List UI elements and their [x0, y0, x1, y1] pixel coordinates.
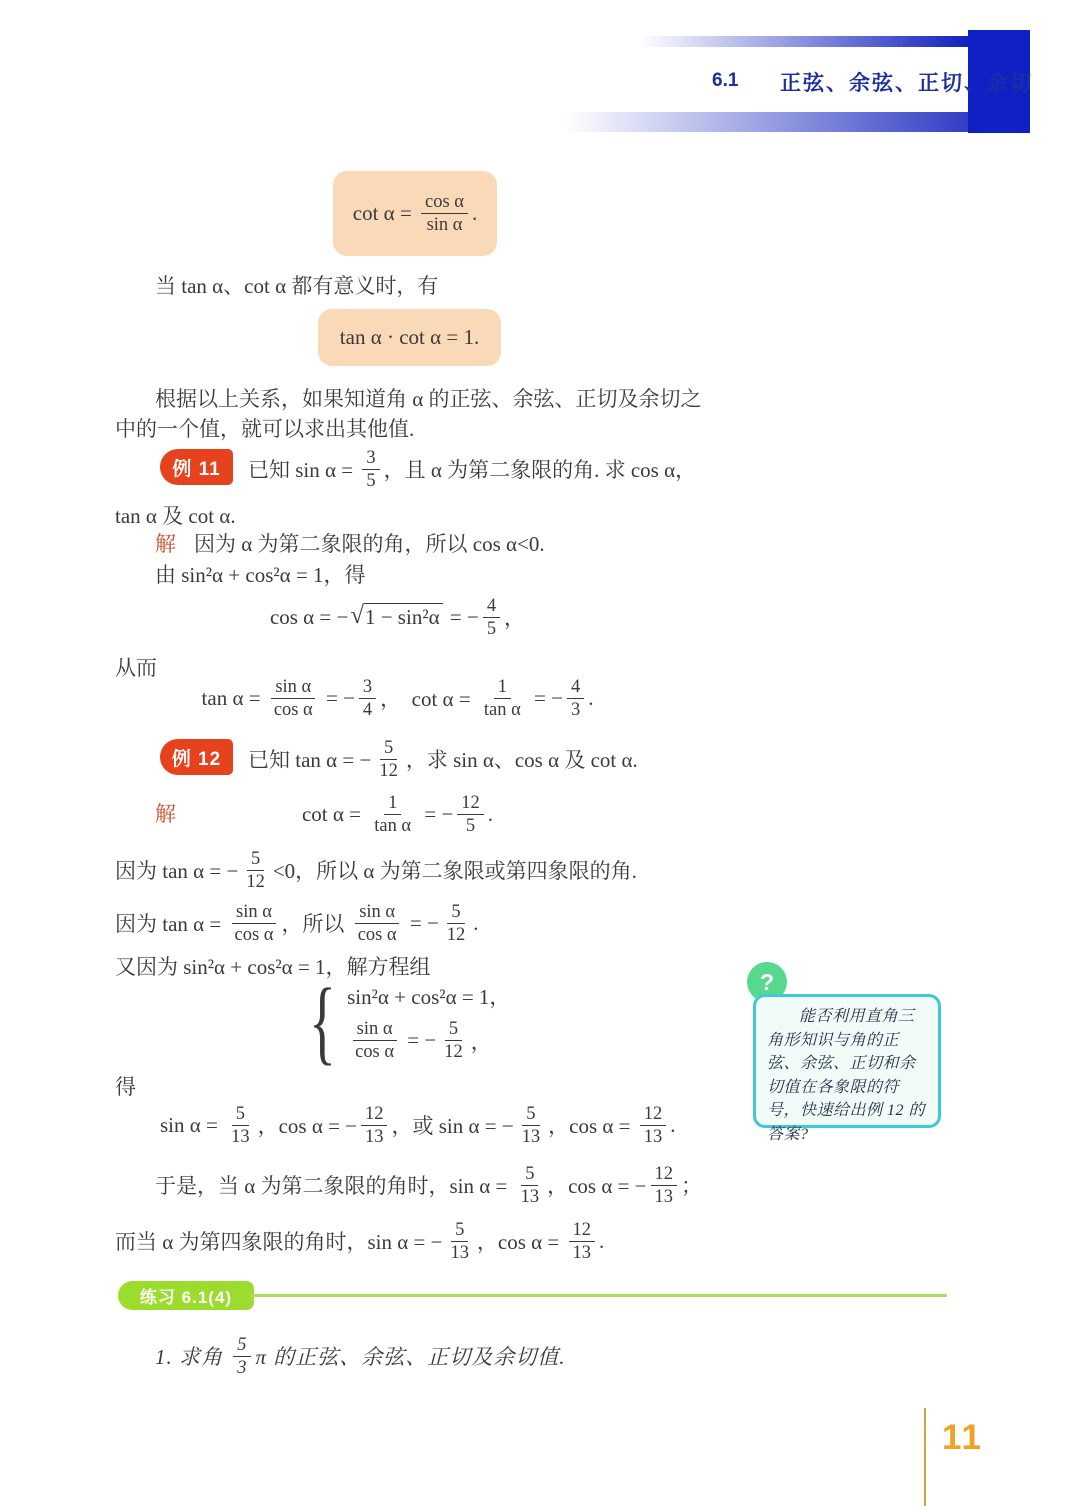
system-brace: { — [309, 978, 336, 1066]
text-when-defined: 当 tan α、cot α 都有意义时，有 — [155, 270, 438, 300]
formula-tan-cot: tan α · cot α = 1. — [340, 325, 479, 350]
page-number: 11 — [942, 1418, 983, 1458]
system-lines: sin²α + cos²α = 1， sin αcos α = −512， — [347, 981, 510, 1063]
example-12-because1: 因为 tan α = −512<0，所以 α 为第二象限或第四象限的角. — [115, 841, 637, 899]
side-note-text: 能否利用直角三角形知识与角的正弦、余弦、正切和余切值在各象限的符号，快速给出例 … — [767, 1005, 927, 1146]
example-11-given-continued: tan α 及 cot α. — [115, 500, 236, 530]
example-11-solution-line1: 解 因为 α 为第二象限的角，所以 cos α<0. — [155, 528, 545, 558]
system-equation-2: sin αcos α = −512， — [347, 1018, 492, 1063]
example-12-badge: 例 12 — [160, 739, 233, 775]
example-11-cos-equation: cos α = −√1 − sin²α = −45， — [115, 586, 680, 648]
solve-label: 解 — [155, 528, 176, 558]
example-11-tan-cot-equation: tan α = sin αcos α = −34， cot α = 1tan α… — [115, 666, 680, 730]
example-12-given: 已知 tan α = −512，求 sin α、cos α 及 cot α. — [248, 731, 638, 787]
example-11-step1: 因为 α 为第二象限的角，所以 cos α<0. — [194, 528, 545, 558]
header-gradient-top — [640, 36, 968, 47]
example-12-because2: 因为 tan α = sin αcos α，所以 sin αcos α = −5… — [115, 896, 479, 950]
section-number: 6.1 — [712, 70, 738, 92]
textbook-page: 6.1 正弦、余弦、正切、余切 cot α = cos αsin α. 当 ta… — [0, 0, 1080, 1506]
exercise-badge: 练习 6.1(4) — [118, 1281, 254, 1310]
example-11-badge: 例 11 — [160, 449, 233, 485]
exercise-item-1: 1. 求角 53π 的正弦、余弦、正切及余切值. — [155, 1324, 566, 1388]
example-12-get: 得 — [115, 1071, 136, 1101]
header-gradient-bottom — [565, 112, 1030, 132]
example-12-results: sin α = 513，cos α = −1213，或 sin α = −513… — [160, 1096, 675, 1154]
side-note-box: 能否利用直角三角形知识与角的正弦、余弦、正切和余切值在各象限的符号，快速给出例 … — [753, 994, 941, 1128]
formula-cot-definition: cot α = cos αsin α. — [353, 191, 477, 236]
example-12-cot-equation: cot α = 1tan α = −125. — [115, 784, 680, 844]
example-12-again: 又因为 sin²α + cos²α = 1，解方程组 — [115, 951, 431, 981]
example-12-conclusion1: 于是，当 α 为第二象限的角时，sin α = 513，cos α = −121… — [155, 1155, 702, 1215]
page-number-divider — [924, 1408, 926, 1506]
example-11-given: 已知 sin α = 35，且 α 为第二象限的角. 求 cos α， — [248, 442, 696, 496]
paragraph-relation-line1: 根据以上关系，如果知道角 α 的正弦、余弦、正切及余切之 — [155, 383, 702, 413]
example-11-step2: 由 sin²α + cos²α = 1，得 — [155, 559, 366, 589]
formula-box-cot-definition: cot α = cos αsin α. — [333, 171, 497, 256]
paragraph-relation-line2: 中的一个值，就可以求出其他值. — [115, 413, 414, 443]
system-equation-1: sin²α + cos²α = 1， — [347, 981, 510, 1011]
section-title: 正弦、余弦、正切、余切 — [780, 67, 1033, 97]
exercise-rule-line — [250, 1294, 947, 1297]
equation-system: { sin²α + cos²α = 1， sin αcos α = −512， — [300, 978, 510, 1066]
example-12-conclusion2: 而当 α 为第四象限的角时，sin α = −513，cos α = 1213. — [115, 1212, 604, 1270]
formula-box-tan-cot: tan α · cot α = 1. — [318, 309, 501, 366]
